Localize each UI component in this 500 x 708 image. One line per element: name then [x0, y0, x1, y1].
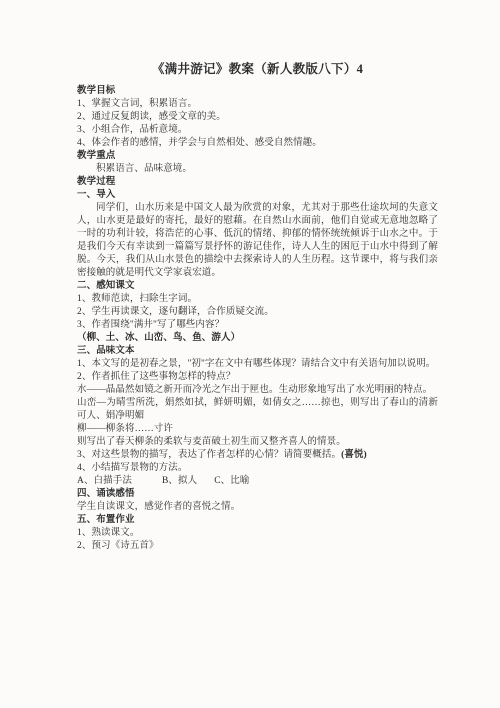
method-option-a: A、白描手法: [77, 476, 132, 486]
section-heading-objectives: 教学目标: [77, 85, 438, 98]
taste-item-mood-answer: (喜悦): [341, 450, 367, 460]
perceive-item: 3、作者围绕"满井"写了哪些内容？: [77, 319, 438, 332]
taste-item-mood: 3、对这些景物的描写，表达了作者怎样的心情？请简要概括。(喜悦): [77, 449, 438, 462]
subsection-heading-recite: 四、诵读感悟: [77, 488, 438, 501]
taste-item: 2、作者抓住了这些事物怎样的特点？: [77, 371, 438, 384]
objective-item: 1、掌握文言词，积累语言。: [77, 98, 438, 111]
methods-options: A、白描手法B、拟人C、比喻: [77, 475, 438, 488]
taste-mountain-note: 山峦—为晴雪所洗，娟然如拭，鲜妍明媚，如倩女之……掠也，则写出了春山的清新可人、…: [77, 397, 438, 423]
perceive-item: 2、学生再读课文，逐句翻译，合作质疑交流。: [77, 306, 438, 319]
focus-text: 积累语言、品味意境。: [77, 163, 438, 176]
section-heading-process: 教学过程: [77, 176, 438, 189]
objective-item: 3、小组合作，品析意境。: [77, 124, 438, 137]
taste-water-note: 水——晶晶然如镜之新开而冷光之乍出于匣也。生动形象地写出了水光明丽的特点。: [77, 384, 438, 397]
subsection-heading-perceive: 二、感知课文: [77, 280, 438, 293]
taste-willow-summary: 则写出了春天柳条的柔软与麦苗破土初生而又整齐喜人的情景。: [77, 436, 438, 449]
perceive-answer: （柳、土、冰、山峦、鸟、鱼、游人）: [77, 332, 438, 345]
taste-willow-note: 柳——柳条将……寸许: [77, 423, 438, 436]
taste-item: 1、本文写的是初春之景，"初"字在文中有哪些体现？请结合文中有关语句加以说明。: [77, 358, 438, 371]
document-content: 《满井游记》教案（新人教版八下）4 教学目标 1、掌握文言词，积累语言。 2、通…: [77, 62, 438, 553]
doc-title: 《满井游记》教案（新人教版八下）4: [77, 62, 438, 77]
recite-text: 学生自读课文，感觉作者的喜悦之情。: [77, 501, 438, 514]
document-page: 《满井游记》教案（新人教版八下）4 教学目标 1、掌握文言词，积累语言。 2、通…: [0, 0, 500, 708]
subsection-heading-taste: 三、品味文本: [77, 345, 438, 358]
perceive-item: 1、教师范读，扫除生字词。: [77, 293, 438, 306]
subsection-heading-homework: 五、布置作业: [77, 514, 438, 527]
taste-item-methods: 4、小结描写景物的方法。: [77, 462, 438, 475]
objective-item: 2、通过反复朗读，感受文章的美。: [77, 111, 438, 124]
objective-item: 4、体会作者的感情，并学会与自然相处、感受自然情趣。: [77, 137, 438, 150]
method-option-b: B、拟人: [162, 476, 197, 486]
section-heading-focus: 教学重点: [77, 150, 438, 163]
subsection-heading-intro: 一、导入: [77, 189, 438, 202]
homework-item: 1、熟读课文。: [77, 527, 438, 540]
homework-item: 2、预习《诗五首》: [77, 540, 438, 553]
intro-paragraph: 同学们，山水历来是中国文人最为欣赏的对象，尤其对于那些仕途坎坷的失意文人，山水更…: [77, 202, 438, 280]
method-option-c: C、比喻: [214, 476, 249, 486]
taste-item-mood-text: 3、对这些景物的描写，表达了作者怎样的心情？请简要概括。: [77, 450, 341, 460]
